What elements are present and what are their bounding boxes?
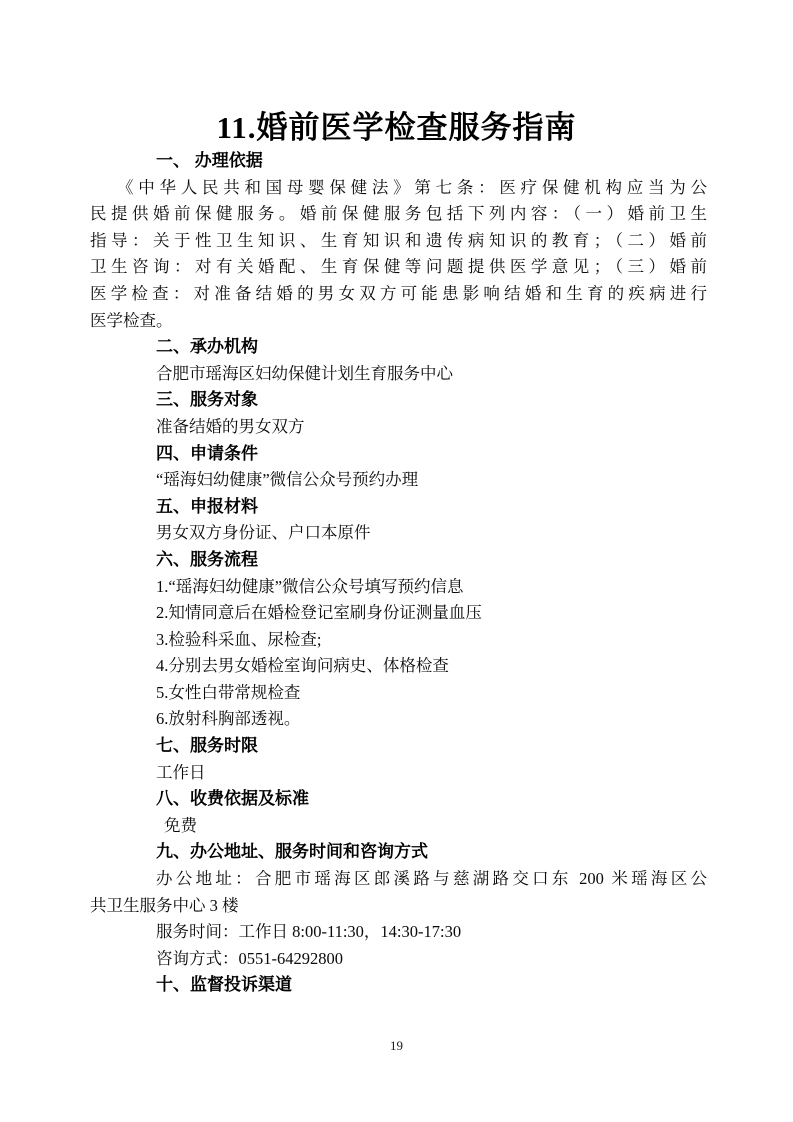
section-heading-6: 六、服务流程 bbox=[90, 547, 707, 574]
section-heading-4: 四、申请条件 bbox=[90, 441, 707, 468]
address-line: 共卫生服务中心 3 楼 bbox=[90, 893, 707, 920]
list-item: 5.女性白带常规检查 bbox=[90, 680, 707, 707]
section-heading-10: 十、监督投诉渠道 bbox=[90, 972, 707, 999]
section-content: 免费 bbox=[90, 813, 707, 840]
phone-line: 咨询方式：0551-64292800 bbox=[90, 946, 707, 973]
section-content: 合肥市瑶海区妇幼保健计划生育服务中心 bbox=[90, 361, 707, 388]
list-item: 4.分别去男女婚检室询问病史、体格检查 bbox=[90, 653, 707, 680]
list-item: 6.放射科胸部透视。 bbox=[90, 706, 707, 733]
list-item: 1.“瑶海妇幼健康”微信公众号填写预约信息 bbox=[90, 574, 707, 601]
section-content: 工作日 bbox=[90, 760, 707, 787]
list-item: 2.知情同意后在婚检登记室刷身份证测量血压 bbox=[90, 600, 707, 627]
section-heading-5: 五、申报材料 bbox=[90, 494, 707, 521]
section-heading-1: 一、 办理依据 bbox=[90, 148, 707, 175]
section-heading-2: 二、承办机构 bbox=[90, 334, 707, 361]
section-heading-9: 九、办公地址、服务时间和咨询方式 bbox=[90, 839, 707, 866]
address-line: 办公地址：合肥市瑶海区郎溪路与慈湖路交口东 200 米瑶海区公 bbox=[90, 866, 707, 893]
section-content: “瑶海妇幼健康”微信公众号预约办理 bbox=[90, 467, 707, 494]
paragraph-line: 《中华人民共和国母婴保健法》第七条：医疗保健机构应当为公 bbox=[90, 175, 707, 202]
section-content: 男女双方身份证、户口本原件 bbox=[90, 520, 707, 547]
paragraph-line: 医学检查。 bbox=[90, 308, 707, 335]
document-title: 11.婚前医学检查服务指南 bbox=[0, 0, 793, 148]
document-body: 一、 办理依据 《中华人民共和国母婴保健法》第七条：医疗保健机构应当为公 民提供… bbox=[90, 148, 707, 999]
paragraph-line: 医学检查：对准备结婚的男女双方可能患影响结婚和生育的疾病进行 bbox=[90, 281, 707, 308]
page-number: 19 bbox=[0, 1038, 793, 1054]
section-heading-3: 三、服务对象 bbox=[90, 387, 707, 414]
service-hours-line: 服务时间：工作日 8:00-11:30，14:30-17:30 bbox=[90, 919, 707, 946]
section-heading-8: 八、收费依据及标准 bbox=[90, 786, 707, 813]
paragraph-line: 卫生咨询：对有关婚配、生育保健等问题提供医学意见；（三）婚前 bbox=[90, 254, 707, 281]
paragraph-line: 民提供婚前保健服务。婚前保健服务包括下列内容：（一）婚前卫生 bbox=[90, 201, 707, 228]
section-heading-7: 七、服务时限 bbox=[90, 733, 707, 760]
paragraph-line: 指导：关于性卫生知识、生育知识和遗传病知识的教育；（二）婚前 bbox=[90, 228, 707, 255]
section-content: 准备结婚的男女双方 bbox=[90, 414, 707, 441]
document-page: 11.婚前医学检查服务指南 一、 办理依据 《中华人民共和国母婴保健法》第七条：… bbox=[0, 0, 793, 1122]
list-item: 3.检验科采血、尿检查; bbox=[90, 627, 707, 654]
